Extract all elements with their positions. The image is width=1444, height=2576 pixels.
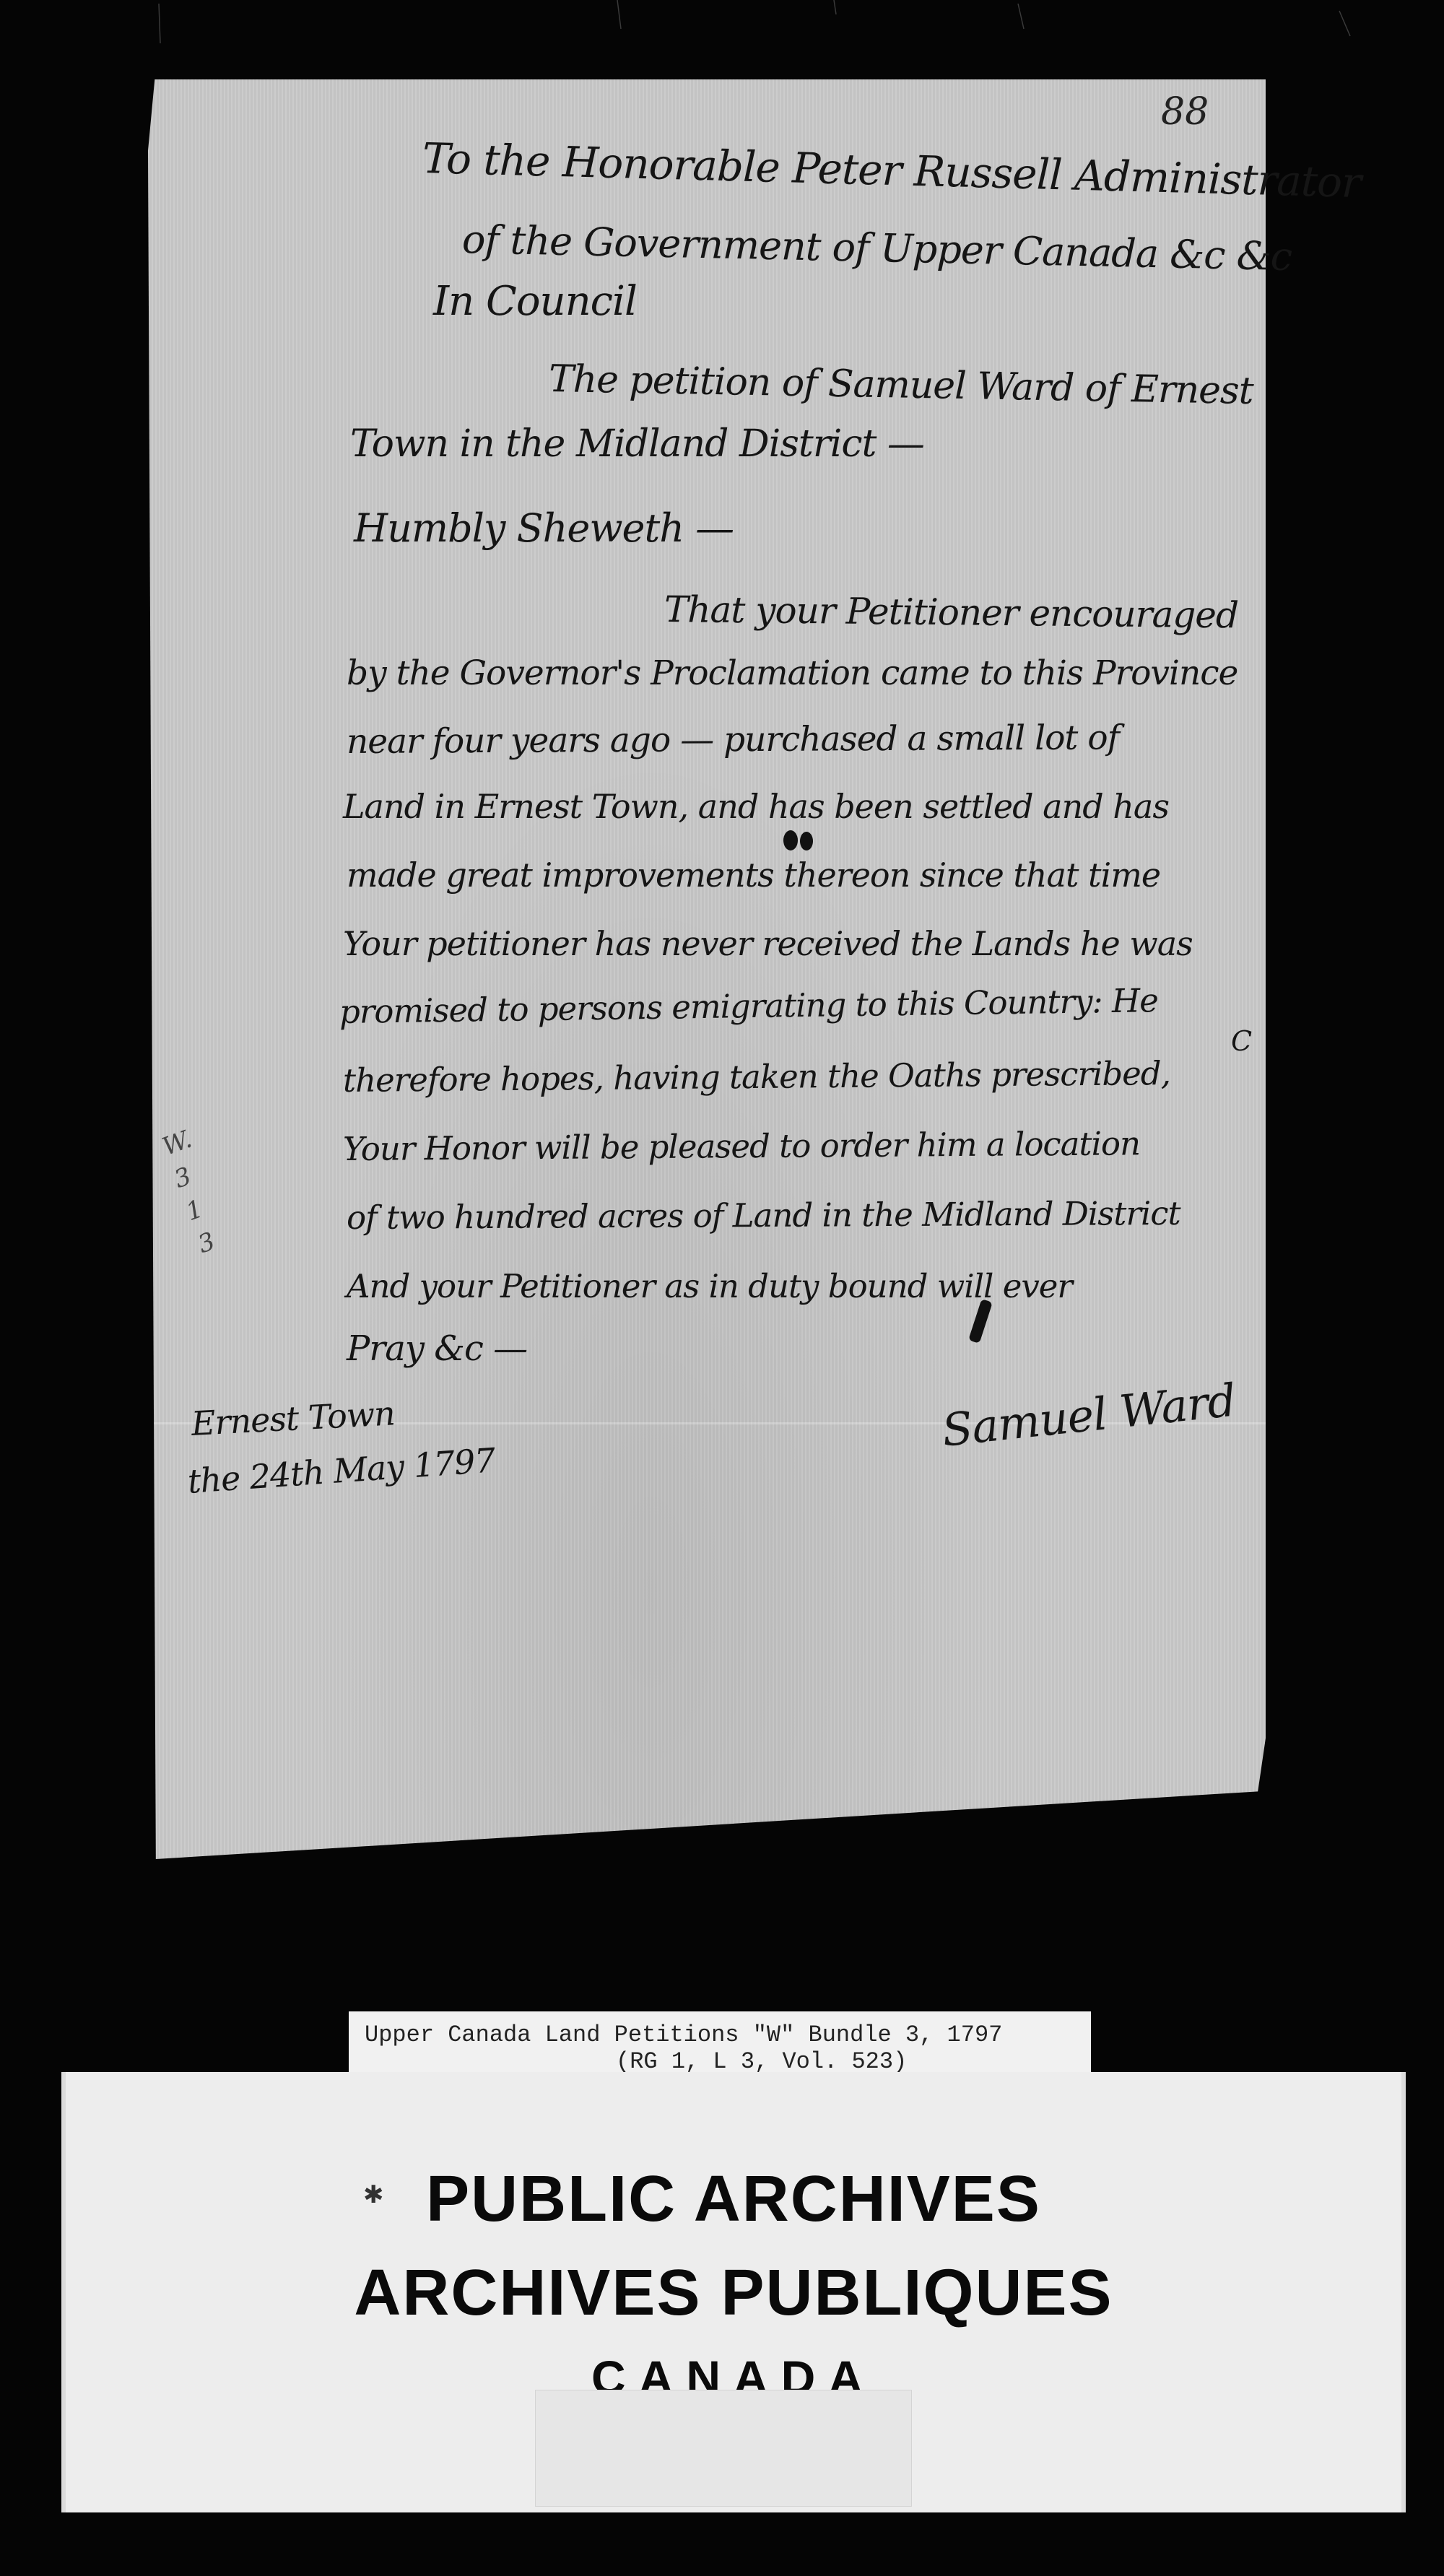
petition-line: by the Governor's Proclamation came to t… xyxy=(347,653,1238,693)
reference-label-citation: (RG 1, L 3, Vol. 523) xyxy=(616,2049,907,2075)
petition-line: of two hundred acres of Land in the Midl… xyxy=(347,1194,1180,1237)
petition-line: therefore hopes, having taken the Oaths … xyxy=(343,1054,1170,1100)
petition-line: Your Honor will be pleased to order him … xyxy=(343,1124,1140,1168)
interlinear-mark: C xyxy=(1231,1025,1251,1057)
address-line-3: In Council xyxy=(433,278,637,325)
petition-line: Land in Ernest Town, and has been settle… xyxy=(343,787,1169,826)
petition-line: And your Petitioner as in duty bound wil… xyxy=(347,1267,1072,1305)
film-scratches xyxy=(0,0,1444,79)
reference-label-title: Upper Canada Land Petitions "W" Bundle 3… xyxy=(365,2022,1002,2048)
petition-line: That your Petitioner encouraged xyxy=(664,588,1239,636)
card-tab xyxy=(535,2390,912,2507)
archive-card: ✱ PUBLIC ARCHIVES ARCHIVES PUBLIQUES CAN… xyxy=(61,2072,1406,2512)
archive-card-english: PUBLIC ARCHIVES xyxy=(66,2162,1401,2237)
archive-card-french: ARCHIVES PUBLIQUES xyxy=(66,2256,1401,2331)
petition-line: made great improvements thereon since th… xyxy=(347,856,1160,895)
petition-line: near four years ago — purchased a small … xyxy=(347,718,1119,762)
salutation: Humbly Sheweth — xyxy=(354,505,734,551)
petition-page xyxy=(148,79,1266,1859)
petition-line: Town in the Midland District — xyxy=(350,422,924,466)
folio-number: 88 xyxy=(1161,90,1209,134)
ink-blot xyxy=(783,830,798,850)
petition-line: Your petitioner has never received the L… xyxy=(343,924,1193,963)
petition-closing: Pray &c — xyxy=(347,1328,527,1369)
ink-blot xyxy=(800,832,813,850)
